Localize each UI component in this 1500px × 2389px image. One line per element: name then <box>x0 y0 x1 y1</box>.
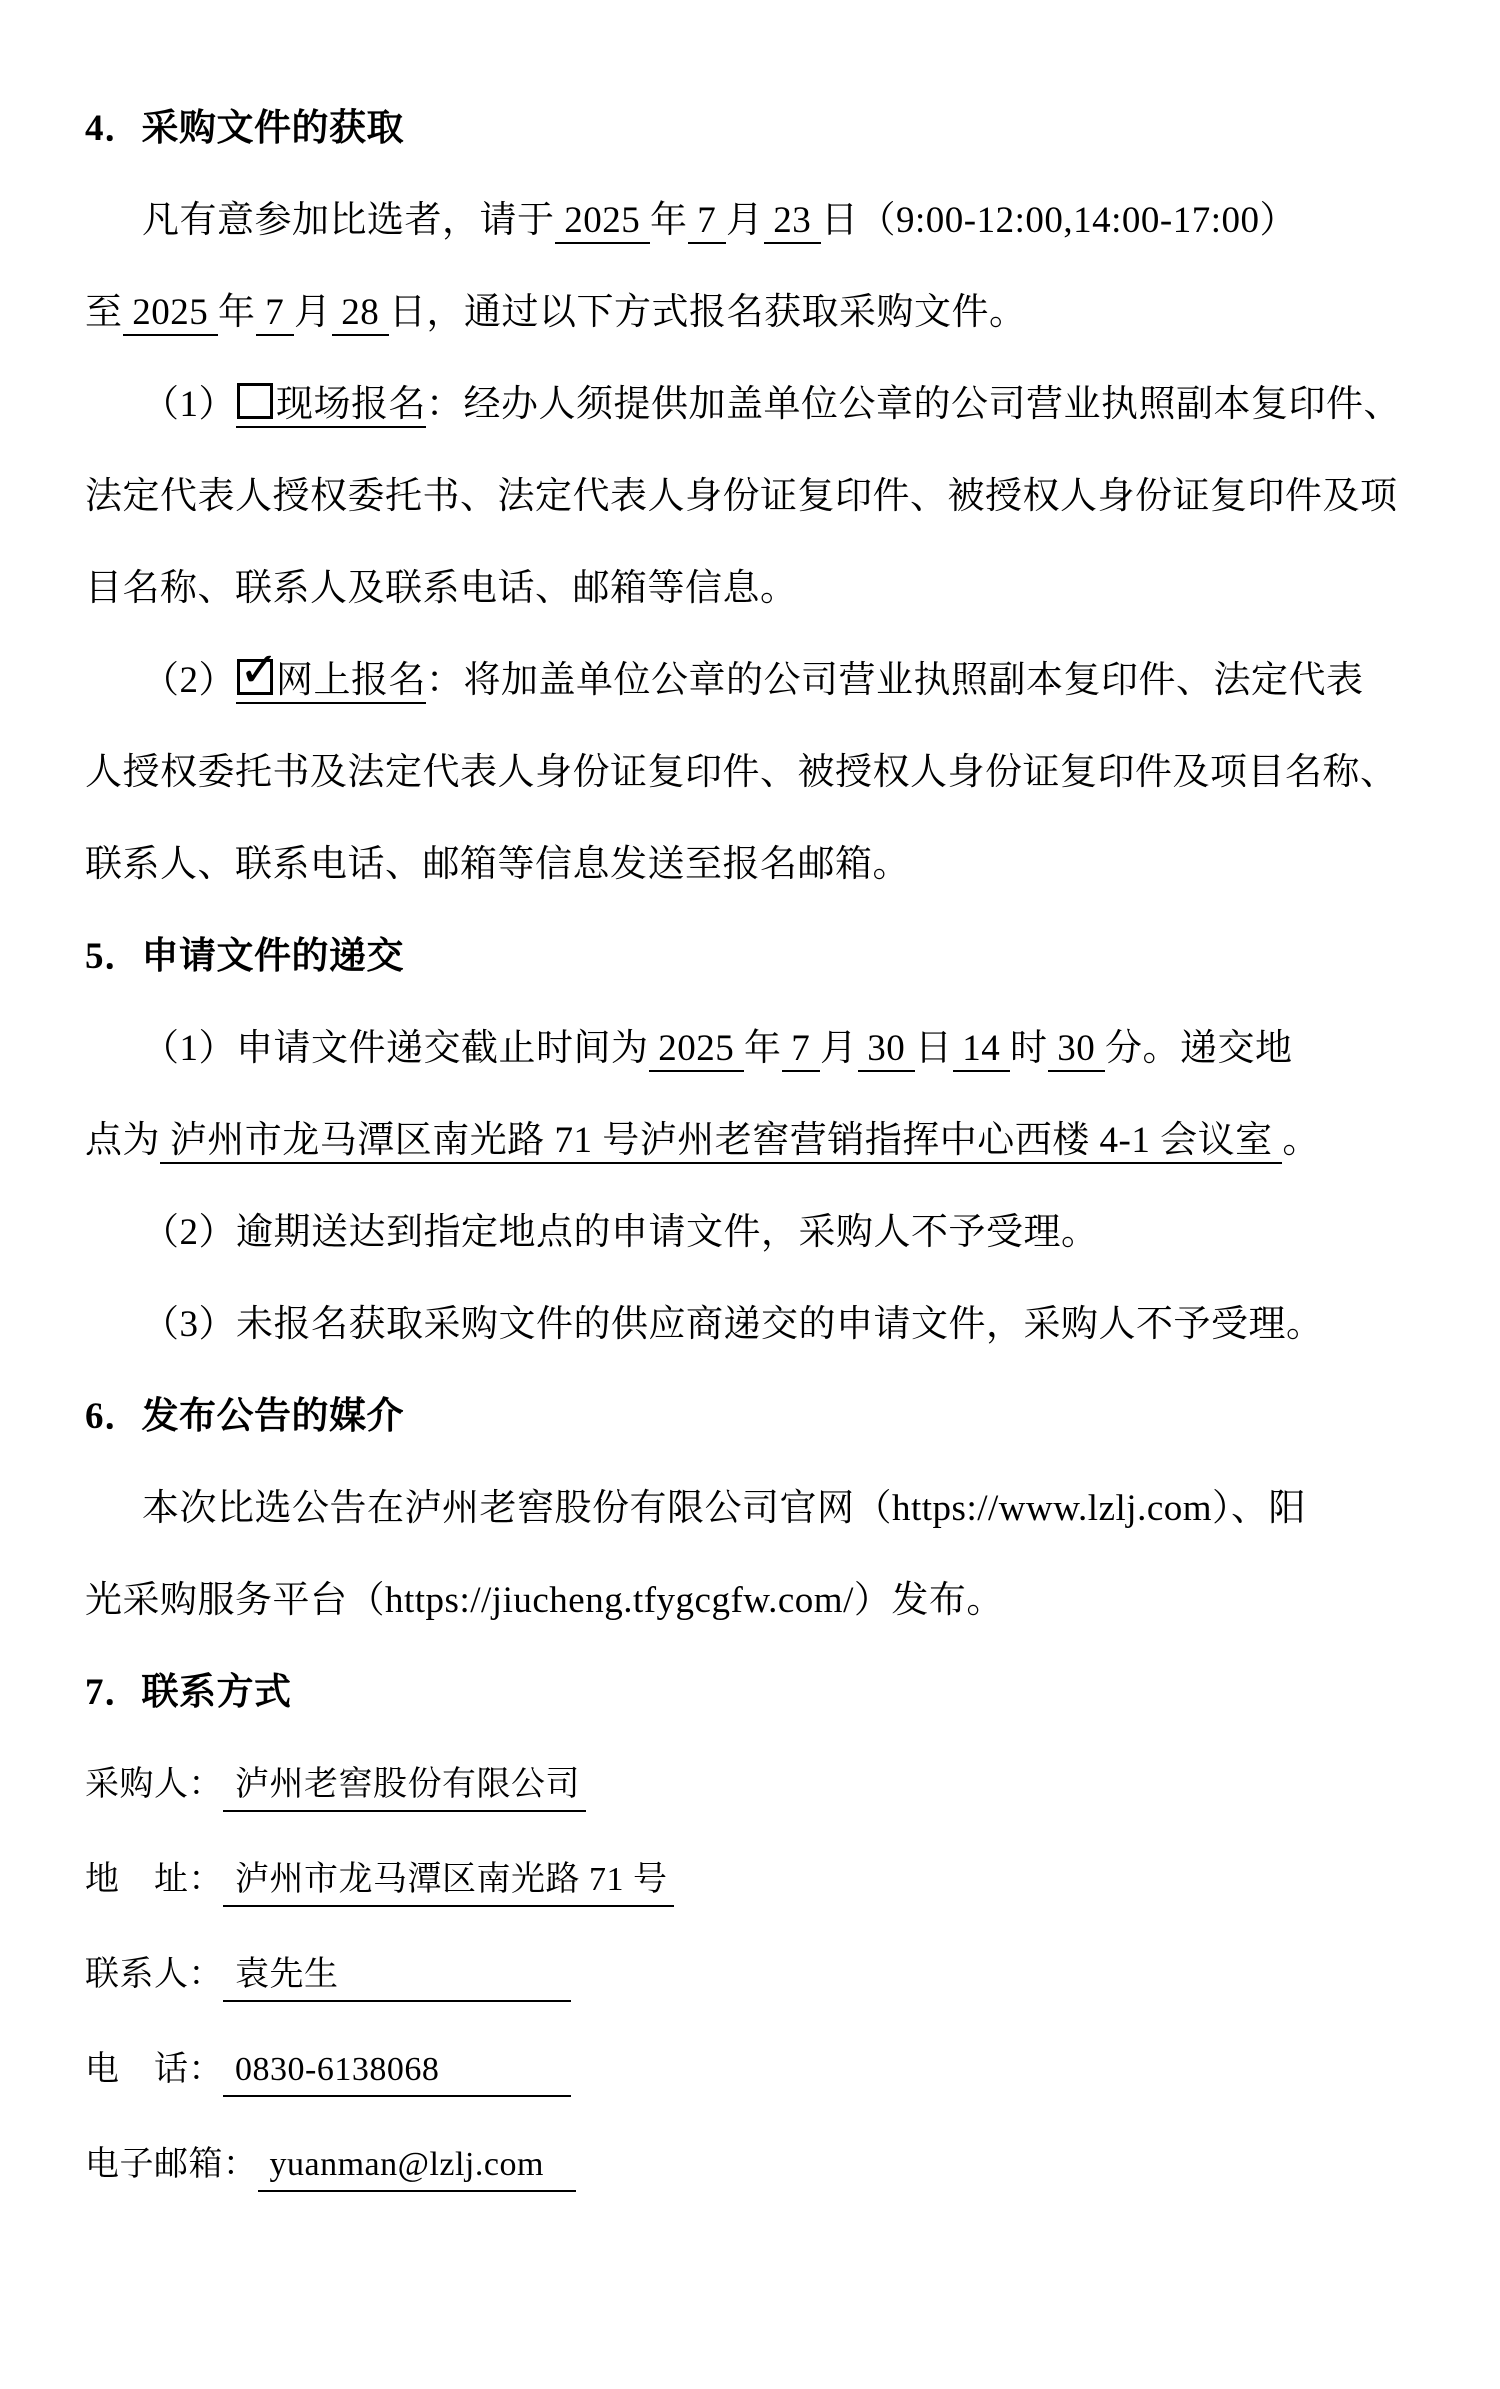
document-page: 4．采购文件的获取 凡有意参加比选者，请于 2025 年 7 月 23 日（9:… <box>0 0 1500 2389</box>
check-mark-icon: ✓ <box>239 646 280 694</box>
onsite-registration-label: 现场报名 <box>276 384 426 425</box>
para-online-registration: （2）✓网上报名：将加盖单位公章的公司营业执照副本复印件、法定代表 <box>85 657 1415 705</box>
para-submission-location: 点为 泸州市龙马潭区南光路 71 号泸州老窖营销指挥中心西楼 4-1 会议室 。 <box>85 1117 1415 1165</box>
para-late-submission: （2）逾期送达到指定地点的申请文件，采购人不予受理。 <box>85 1209 1415 1257</box>
email-value: yuanman@lzlj.com <box>258 2141 576 2192</box>
text-segment: 时 <box>1010 1028 1048 1069</box>
purchaser-row: 采购人：泸州老窖股份有限公司 <box>85 1761 1415 1812</box>
start-month-field: 7 <box>688 200 727 244</box>
online-registration-label: 网上报名 <box>276 660 426 701</box>
text-segment: 月 <box>820 1028 858 1069</box>
deadline-day-field: 30 <box>858 1028 916 1072</box>
text-segment: 点为 <box>85 1120 160 1161</box>
section-5-heading: 5．申请文件的递交 <box>85 933 1415 981</box>
official-website-url: https://www.lzlj.com <box>892 1488 1212 1529</box>
address-value: 泸州市龙马潭区南光路 71 号 <box>223 1856 674 1907</box>
end-year-field: 2025 <box>123 292 219 336</box>
section-4-heading: 4．采购文件的获取 <box>85 105 1415 153</box>
end-month-field: 7 <box>256 292 295 336</box>
text-segment: 日（9:00-12:00,14:00-17:00） <box>821 200 1297 241</box>
text-segment: 人授权委托书及法定代表人身份证复印件、被授权人身份证复印件及项目名称、 <box>85 752 1398 793</box>
text-segment: 年 <box>650 200 688 241</box>
contact-person-label: 联系人： <box>85 1956 223 1993</box>
text-segment: 年 <box>744 1028 782 1069</box>
text-segment: 至 <box>85 292 123 333</box>
start-year-field: 2025 <box>555 200 651 244</box>
para-onsite-registration: （1）现场报名：经办人须提供加盖单位公章的公司营业执照副本复印件、 <box>85 381 1415 429</box>
text-segment: （2）逾期送达到指定地点的申请文件，采购人不予受理。 <box>142 1212 1099 1253</box>
checkbox-checked-icon: ✓ <box>237 659 273 695</box>
checkbox-unchecked-icon <box>237 383 273 419</box>
deadline-year-field: 2025 <box>649 1028 745 1072</box>
address-row: 地 址：泸州市龙马潭区南光路 71 号 <box>85 1856 1415 1907</box>
para-onsite-registration-3: 目名称、联系人及联系电话、邮箱等信息。 <box>85 565 1415 613</box>
text-segment: 联系人、联系电话、邮箱等信息发送至报名邮箱。 <box>85 844 910 885</box>
text-segment: 凡有意参加比选者，请于 <box>142 200 555 241</box>
para-registration-period-2: 至 2025 年 7 月 28 日，通过以下方式报名获取采购文件。 <box>85 289 1415 337</box>
para-onsite-registration-2: 法定代表人授权委托书、法定代表人身份证复印件、被授权人身份证复印件及项 <box>85 473 1415 521</box>
para-online-registration-2: 人授权委托书及法定代表人身份证复印件、被授权人身份证复印件及项目名称、 <box>85 749 1415 797</box>
text-segment: 光采购服务平台（ <box>85 1580 385 1621</box>
para-registration-period: 凡有意参加比选者，请于 2025 年 7 月 23 日（9:00-12:00,1… <box>85 197 1415 245</box>
section-6-heading: 6．发布公告的媒介 <box>85 1393 1415 1441</box>
procurement-platform-url: https://jiucheng.tfygcgfw.com/ <box>385 1580 854 1621</box>
text-segment: 日，通过以下方式报名获取采购文件。 <box>389 292 1027 333</box>
text-segment: 目名称、联系人及联系电话、邮箱等信息。 <box>85 568 798 609</box>
onsite-registration-option: 现场报名 <box>236 384 426 428</box>
text-segment: 分。递交地 <box>1105 1028 1293 1069</box>
text-segment: ：将加盖单位公章的公司营业执照副本复印件、法定代表 <box>426 660 1364 701</box>
text-segment: 月 <box>294 292 332 333</box>
purchaser-value: 泸州老窖股份有限公司 <box>223 1761 586 1812</box>
start-day-field: 23 <box>764 200 822 244</box>
email-row: 电子邮箱：yuanman@lzlj.com <box>85 2141 1415 2192</box>
text-segment: 本次比选公告在泸州老窖股份有限公司官网（ <box>142 1488 892 1529</box>
item-number: （2） <box>142 660 236 701</box>
end-day-field: 28 <box>332 292 390 336</box>
text-segment: ）、阳 <box>1212 1488 1306 1529</box>
deadline-hour-field: 14 <box>953 1028 1011 1072</box>
item-number: （1） <box>142 384 236 425</box>
text-segment: 月 <box>726 200 764 241</box>
deadline-minute-field: 30 <box>1048 1028 1106 1072</box>
para-unregistered-supplier: （3）未报名获取采购文件的供应商递交的申请文件，采购人不予受理。 <box>85 1301 1415 1349</box>
text-segment: 年 <box>218 292 256 333</box>
phone-label: 电 话： <box>85 2051 223 2088</box>
para-submission-deadline: （1）申请文件递交截止时间为 2025 年 7 月 30 日 14 时 30 分… <box>85 1025 1415 1073</box>
phone-value: 0830-6138068 <box>223 2046 571 2097</box>
text-segment: ）发布。 <box>854 1580 1004 1621</box>
para-announcement-media-2: 光采购服务平台（https://jiucheng.tfygcgfw.com/）发… <box>85 1577 1415 1625</box>
submission-address-field: 泸州市龙马潭区南光路 71 号泸州老窖营销指挥中心西楼 4-1 会议室 <box>160 1120 1282 1164</box>
address-label: 地 址： <box>85 1861 223 1898</box>
contact-person-row: 联系人：袁先生 <box>85 1951 1415 2002</box>
contact-person-value: 袁先生 <box>223 1951 571 2002</box>
text-segment: 法定代表人授权委托书、法定代表人身份证复印件、被授权人身份证复印件及项 <box>85 476 1398 517</box>
text-segment: （3）未报名获取采购文件的供应商递交的申请文件，采购人不予受理。 <box>142 1304 1324 1345</box>
deadline-month-field: 7 <box>782 1028 821 1072</box>
text-segment: 。 <box>1282 1120 1320 1161</box>
text-segment: ：经办人须提供加盖单位公章的公司营业执照副本复印件、 <box>426 384 1401 425</box>
purchaser-label: 采购人： <box>85 1766 223 1803</box>
email-label: 电子邮箱： <box>85 2146 258 2183</box>
para-online-registration-3: 联系人、联系电话、邮箱等信息发送至报名邮箱。 <box>85 841 1415 889</box>
phone-row: 电 话：0830-6138068 <box>85 2046 1415 2097</box>
online-registration-option: ✓网上报名 <box>236 660 426 704</box>
text-segment: （1）申请文件递交截止时间为 <box>142 1028 649 1069</box>
para-announcement-media: 本次比选公告在泸州老窖股份有限公司官网（https://www.lzlj.com… <box>85 1485 1415 1533</box>
text-segment: 日 <box>915 1028 953 1069</box>
section-7-heading: 7．联系方式 <box>85 1669 1415 1717</box>
